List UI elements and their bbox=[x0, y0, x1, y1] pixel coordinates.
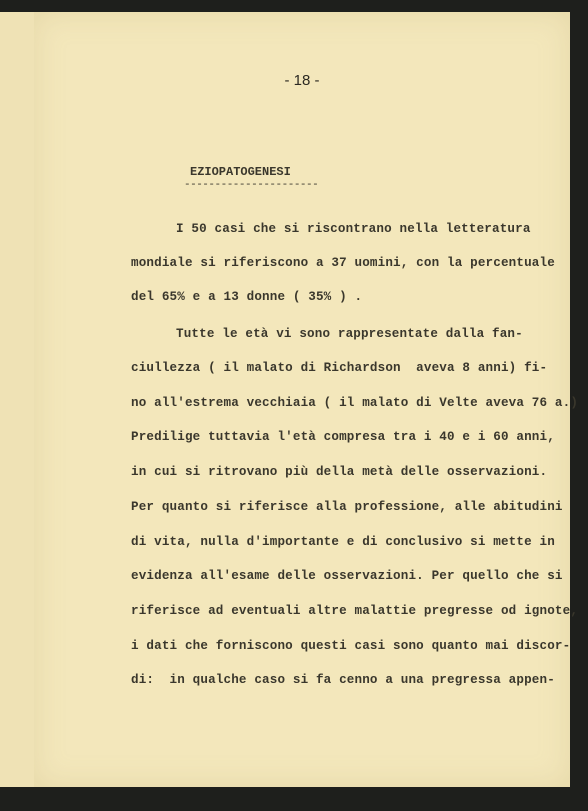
text-line: di: in qualche caso si fa cenno a una pr… bbox=[131, 673, 555, 687]
text-line: di vita, nulla d'importante e di conclus… bbox=[131, 535, 555, 549]
text-line: in cui si ritrovano più della metà delle… bbox=[131, 465, 547, 479]
text-line: Predilige tuttavia l'età compresa tra i … bbox=[131, 430, 555, 444]
section-heading: EZIOPATOGENESI bbox=[190, 165, 291, 179]
text-line: riferisce ad eventuali altre malattie pr… bbox=[131, 604, 578, 618]
text-line: ciullezza ( il malato di Richardson avev… bbox=[131, 361, 547, 375]
text-line: I 50 casi che si riscontrano nella lette… bbox=[176, 222, 531, 236]
text-line: no all'estrema vecchiaia ( il malato di … bbox=[131, 396, 578, 410]
previous-page-edge bbox=[0, 12, 35, 787]
text-line: i dati che forniscono questi casi sono q… bbox=[131, 639, 570, 653]
heading-underline: ---------------------- bbox=[184, 179, 318, 191]
text-line: evidenza all'esame delle osservazioni. P… bbox=[131, 569, 563, 583]
document-page: - 18 - EZIOPATOGENESI ------------------… bbox=[34, 12, 570, 787]
scanned-document: - 18 - EZIOPATOGENESI ------------------… bbox=[0, 0, 588, 811]
text-line: mondiale si riferiscono a 37 uomini, con… bbox=[131, 256, 555, 270]
text-line: del 65% e a 13 donne ( 35% ) . bbox=[131, 290, 362, 304]
text-line: Per quanto si riferisce alla professione… bbox=[131, 500, 563, 514]
text-line: Tutte le età vi sono rappresentate dalla… bbox=[176, 327, 523, 341]
page-number: - 18 - bbox=[34, 72, 570, 89]
